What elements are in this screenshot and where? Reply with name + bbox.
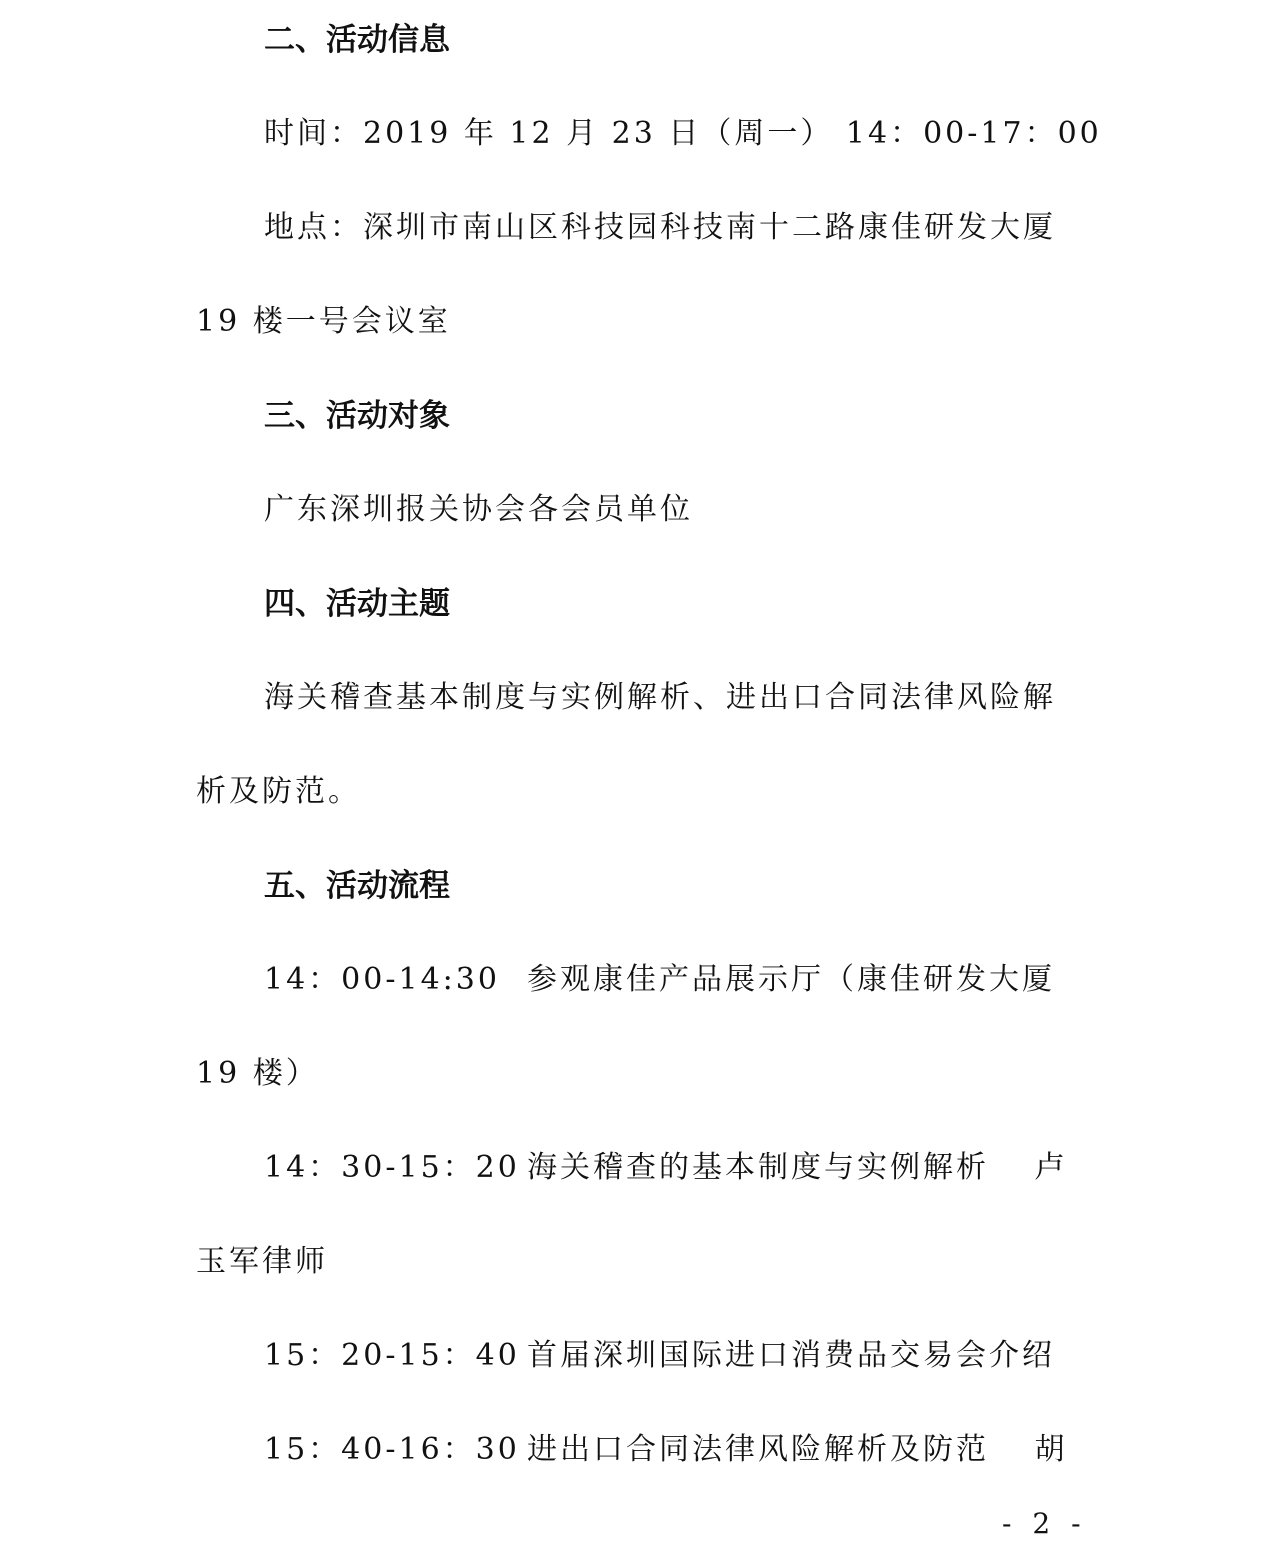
agenda-item-time: 15：20-15：40 <box>264 1336 520 1376</box>
agenda-item-desc: 参观康佳产品展示厅（康佳研发大厦 <box>527 960 1055 1000</box>
event-location-line1: 地点：深圳市南山区科技园科技南十二路康佳研发大厦 <box>264 208 1056 248</box>
agenda-item-time: 15：40-16：30 <box>264 1430 520 1470</box>
theme-text-line2: 析及防范。 <box>196 772 361 812</box>
event-location-line2: 19 楼一号会议室 <box>196 302 451 342</box>
agenda-item-time: 14：30-15：20 <box>264 1148 520 1188</box>
agenda-item-desc: 海关稽查的基本制度与实例解析 卢 <box>527 1148 1068 1188</box>
audience-text: 广东深圳报关协会各会员单位 <box>264 490 693 530</box>
agenda-item-time: 14：00-14:30 <box>264 960 500 1000</box>
agenda-item-desc: 进出口合同法律风险解析及防范 胡 <box>527 1430 1068 1470</box>
event-time: 时间：2019 年 12 月 23 日（周一） 14：00-17：00 <box>264 114 1102 154</box>
agenda-item-desc-cont: 玉军律师 <box>196 1242 328 1282</box>
agenda-item-desc: 首届深圳国际进口消费品交易会介绍 <box>527 1336 1055 1376</box>
section-heading-theme: 四、活动主题 <box>264 584 450 624</box>
section-heading-audience: 三、活动对象 <box>264 396 450 436</box>
agenda-item-desc-cont: 19 楼） <box>196 1054 319 1094</box>
section-heading-agenda: 五、活动流程 <box>264 866 450 906</box>
page-number: - 2 - <box>1002 1506 1087 1542</box>
section-heading-info: 二、活动信息 <box>264 20 450 60</box>
theme-text-line1: 海关稽查基本制度与实例解析、进出口合同法律风险解 <box>264 678 1056 718</box>
